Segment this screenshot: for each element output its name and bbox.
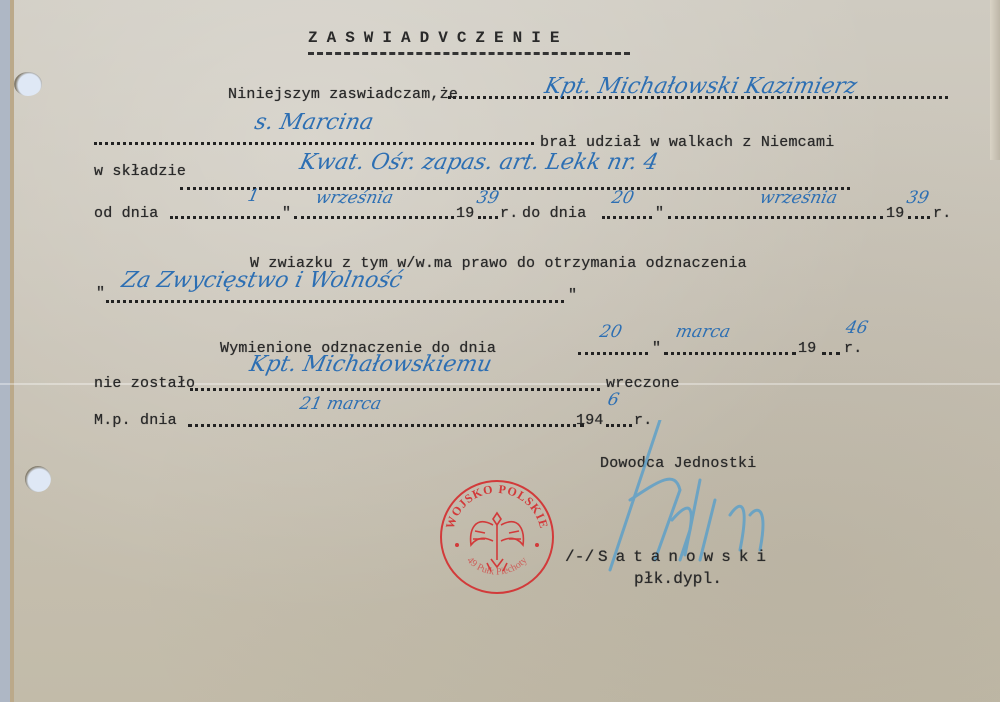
handwritten-unit: Kwat. Ośr. zapas. art. Lekk nr. 4	[297, 150, 660, 175]
certify-text: Niniejszym zaswiadczam,że	[228, 86, 458, 103]
fill-dots	[908, 216, 930, 219]
handwritten-from-month: września	[314, 188, 395, 208]
year-prefix: 19	[798, 340, 816, 357]
handwritten-to-year: 39	[905, 188, 931, 208]
handwritten-father-name: s. Marcina	[252, 110, 375, 135]
handwritten-recipient: Kpt. Michałowskiemu	[247, 352, 494, 377]
military-stamp: WOJSKO POLSKIE 49 Pułk Piechoty	[435, 475, 560, 595]
signature-mark: /-/	[565, 548, 594, 566]
fill-dots	[106, 300, 564, 303]
punch-hole-bottom	[25, 466, 51, 492]
open-quote: "	[96, 285, 105, 302]
year-prefix: 19	[886, 205, 904, 222]
year-prefix: 19	[456, 205, 474, 222]
handwritten-decoration-name: Za Zwycięstwo i Wolność	[119, 268, 404, 293]
fill-dots	[190, 388, 600, 391]
handwritten-name: Kpt. Michałowski Kazimierz	[542, 74, 859, 99]
not-awarded-text: nie zostało	[94, 375, 195, 392]
fill-dots	[94, 142, 534, 145]
to-date-label: do dnia	[522, 205, 586, 222]
handwritten-to-day: 20	[610, 188, 636, 208]
from-date-label: od dnia	[94, 205, 158, 222]
fill-dots	[294, 216, 454, 219]
fill-dots	[664, 352, 796, 355]
handwritten-issue-date: 21 marca	[298, 394, 383, 414]
punch-hole-top	[14, 72, 42, 96]
fill-dots	[578, 352, 648, 355]
place-date-label: M.p. dnia	[94, 412, 177, 429]
r-label: r.	[844, 340, 862, 357]
close-quote: "	[568, 287, 577, 304]
fill-dots	[170, 216, 280, 219]
handwritten-from-year: 39	[475, 188, 501, 208]
fill-dots	[478, 216, 498, 219]
fill-dots	[822, 352, 840, 355]
commander-name: Satanowski	[598, 548, 774, 566]
r-label: r.	[500, 205, 518, 222]
svg-text:WOJSKO POLSKIE: WOJSKO POLSKIE	[443, 482, 551, 531]
handwritten-to-month: września	[758, 188, 839, 208]
fill-dots	[602, 216, 652, 219]
fill-dots	[180, 187, 850, 190]
handwritten-decoration-month: marca	[674, 322, 732, 342]
document-title: ZASWIADVCZENIE	[308, 29, 568, 47]
fill-dots	[188, 424, 584, 427]
commander-rank: płk.dypl.	[634, 570, 722, 588]
paper-edge-right	[990, 0, 1000, 160]
title-underline	[308, 52, 630, 55]
participation-text: brał udział w walkach z Niemcami	[540, 134, 834, 151]
r-label: r.	[933, 205, 951, 222]
fill-dots	[668, 216, 883, 219]
handwritten-decoration-day: 20	[598, 322, 624, 342]
handwritten-decoration-year: 46	[844, 318, 870, 338]
unit-label: w składzie	[94, 163, 186, 180]
